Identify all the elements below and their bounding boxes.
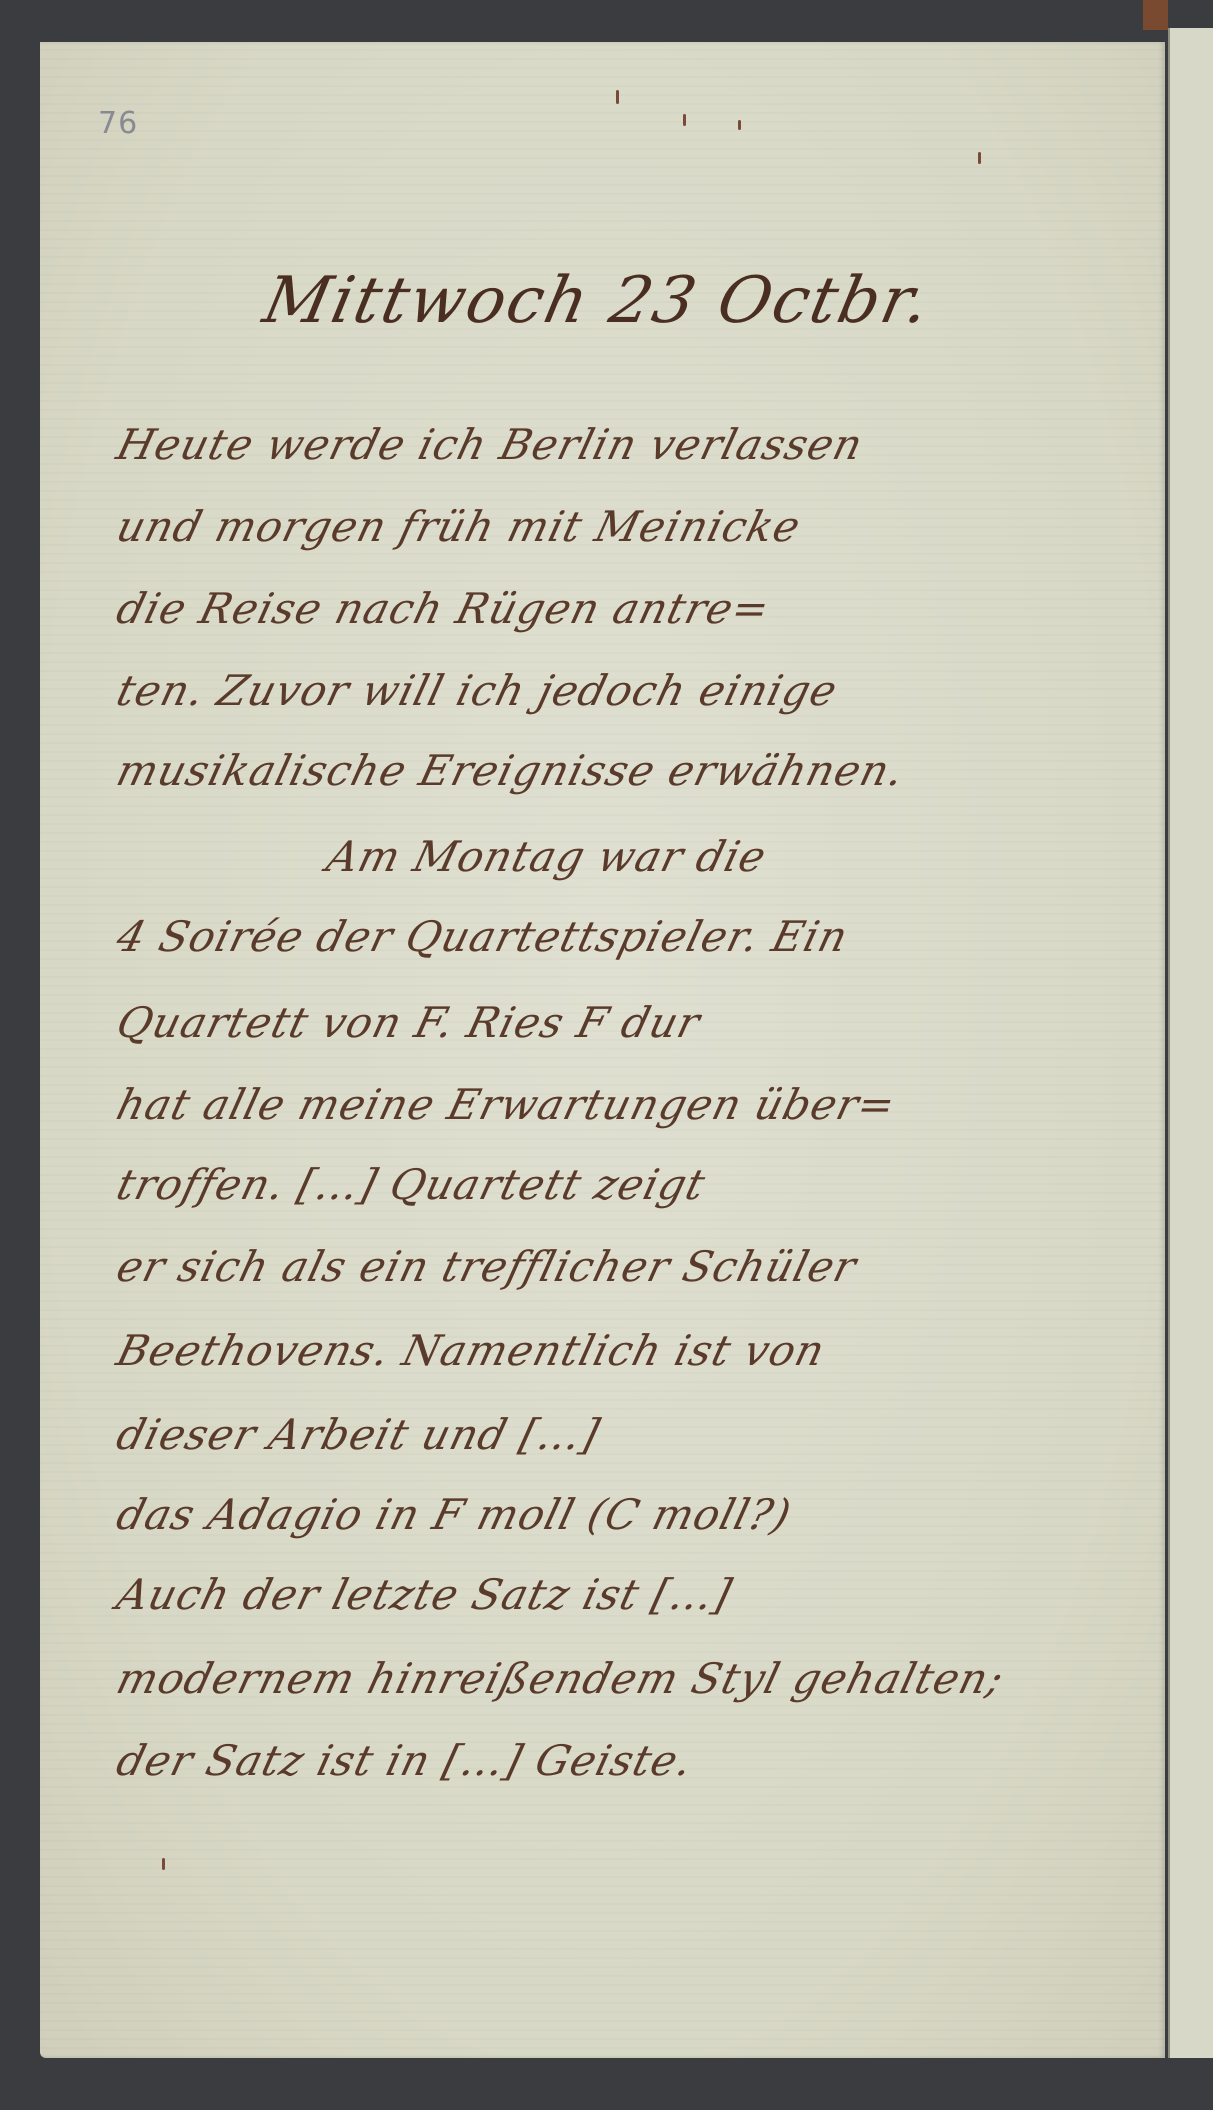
- ink-speck: [978, 152, 981, 164]
- ink-speck: [738, 120, 741, 130]
- manuscript-line: dieser Arbeit und […]: [112, 1410, 605, 1459]
- manuscript-page: 76 Mittwoch 23 Octbr. Heute werde ich Be…: [40, 42, 1165, 2058]
- ink-speck: [683, 114, 686, 126]
- manuscript-line: und morgen früh mit Meinicke: [112, 502, 806, 551]
- manuscript-line: musikalische Ereignisse erwähnen.: [112, 746, 910, 795]
- ink-speck: [162, 1858, 165, 1870]
- manuscript-line: Beethovens. Namentlich ist von: [112, 1326, 830, 1375]
- manuscript-line: der Satz ist in […] Geiste.: [112, 1736, 698, 1785]
- manuscript-line: die Reise nach Rügen antre=: [112, 584, 775, 633]
- manuscript-line: er sich als ein trefflicher Schüler: [112, 1242, 862, 1291]
- manuscript-line: Quartett von F. Ries F dur: [112, 998, 706, 1047]
- manuscript-line: modernem hinreißendem Styl gehalten;: [112, 1654, 1009, 1703]
- manuscript-line: troffen. […] Quartett zeigt: [112, 1160, 711, 1209]
- entry-heading: Mittwoch 23 Octbr.: [257, 264, 938, 338]
- binding-tab: [1143, 0, 1168, 30]
- manuscript-line: hat alle meine Erwartungen über=: [112, 1080, 901, 1129]
- manuscript-line: das Adagio in F moll (C moll?): [112, 1490, 797, 1539]
- folio-number: 76: [98, 106, 138, 141]
- manuscript-line: ten. Zuvor will ich jedoch einige: [112, 666, 843, 715]
- manuscript-line: Auch der letzte Satz ist […]: [112, 1570, 737, 1619]
- manuscript-line: 4 Soirée der Quartettspieler. Ein: [112, 912, 853, 961]
- manuscript-line: Heute werde ich Berlin verlassen: [112, 420, 868, 469]
- manuscript-line: Am Montag war die: [322, 832, 772, 881]
- facing-page-edge: [1168, 28, 1213, 2058]
- ink-speck: [616, 90, 619, 104]
